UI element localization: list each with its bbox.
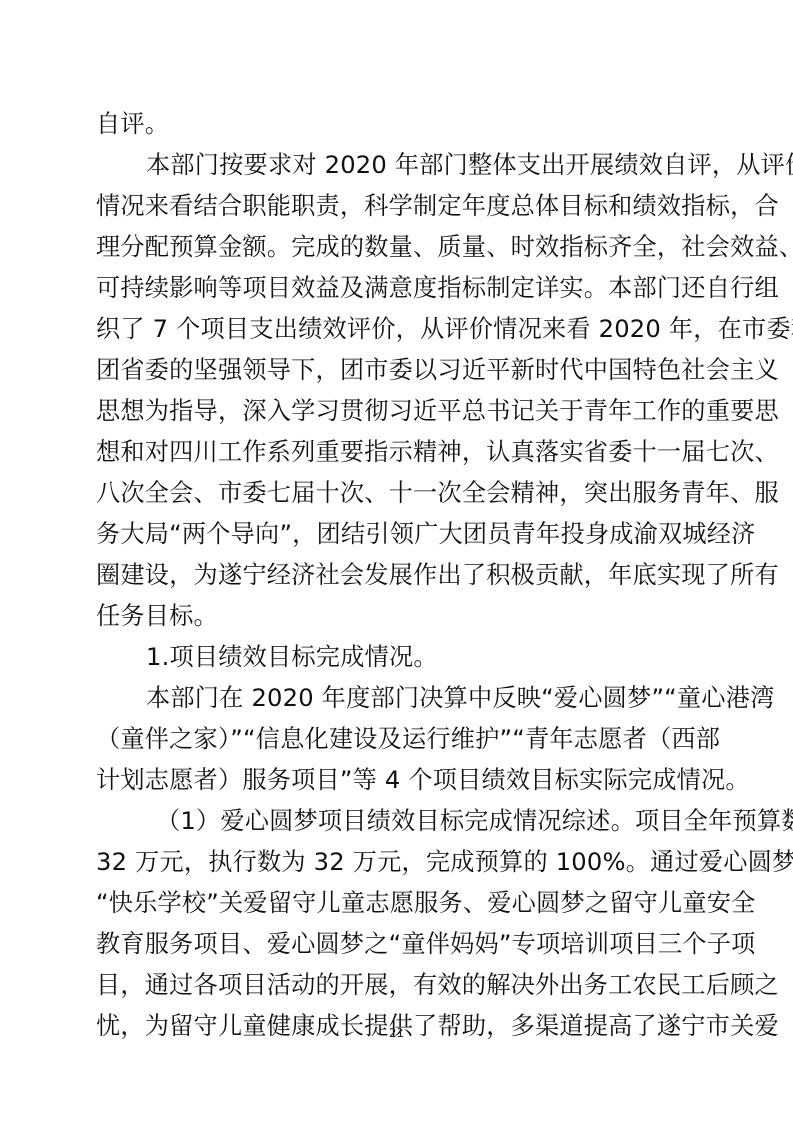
text-line: 圈建设，为遂宁经济社会发展作出了积极贡献，年底实现了所有 (96, 555, 700, 596)
paragraph-start-line: 本部门按要求对 2020 年部门整体支出开展绩效自评，从评价 (96, 145, 700, 186)
text-line: 可持续影响等项目效益及满意度指标制定详实。本部门还自行组 (96, 268, 700, 309)
text-line: 团省委的坚强领导下，团市委以习近平新时代中国特色社会主义 (96, 350, 700, 391)
page-number: 21 (0, 1026, 793, 1040)
text-line: 自评。 (96, 104, 700, 145)
text-line: 目，通过各项目活动的开展，有效的解决外出务工农民工后顾之 (96, 965, 700, 1006)
text-line: 计划志愿者）服务项目”等 4 个项目绩效目标实际完成情况。 (96, 760, 700, 801)
text-line: 想和对四川工作系列重要指示精神，认真落实省委十一届七次、 (96, 432, 700, 473)
text-line: 32 万元，执行数为 32 万元，完成预算的 100%。通过爱心圆梦之 (96, 842, 700, 883)
text-line: 教育服务项目、爱心圆梦之“童伴妈妈”专项培训项目三个子项 (96, 924, 700, 965)
section-heading: 1.项目绩效目标完成情况。 (96, 637, 700, 678)
document-body: 自评。 本部门按要求对 2020 年部门整体支出开展绩效自评，从评价 情况来看结… (96, 104, 700, 1047)
text-line: 八次全会、市委七届十次、十一次全会精神，突出服务青年、服 (96, 473, 700, 514)
text-line: 思想为指导，深入学习贯彻习近平总书记关于青年工作的重要思 (96, 391, 700, 432)
text-line: 织了 7 个项目支出绩效评价，从评价情况来看 2020 年，在市委和 (96, 309, 700, 350)
paragraph-start-line: 本部门在 2020 年度部门决算中反映“爱心圆梦”“童心港湾 (96, 678, 700, 719)
text-line: 任务目标。 (96, 596, 700, 637)
text-line: 情况来看结合职能职责，科学制定年度总体目标和绩效指标，合 (96, 186, 700, 227)
text-line: （童伴之家）”“信息化建设及运行维护”“青年志愿者（西部 (96, 719, 700, 760)
text-line: “快乐学校”关爱留守儿童志愿服务、爱心圆梦之留守儿童安全 (96, 883, 700, 924)
text-line: 理分配预算金额。完成的数量、质量、时效指标齐全，社会效益、 (96, 227, 700, 268)
text-line: 务大局“两个导向”，团结引领广大团员青年投身成渝双城经济 (96, 514, 700, 555)
subsection-heading-line: （1）爱心圆梦项目绩效目标完成情况综述。项目全年预算数 (96, 801, 700, 842)
